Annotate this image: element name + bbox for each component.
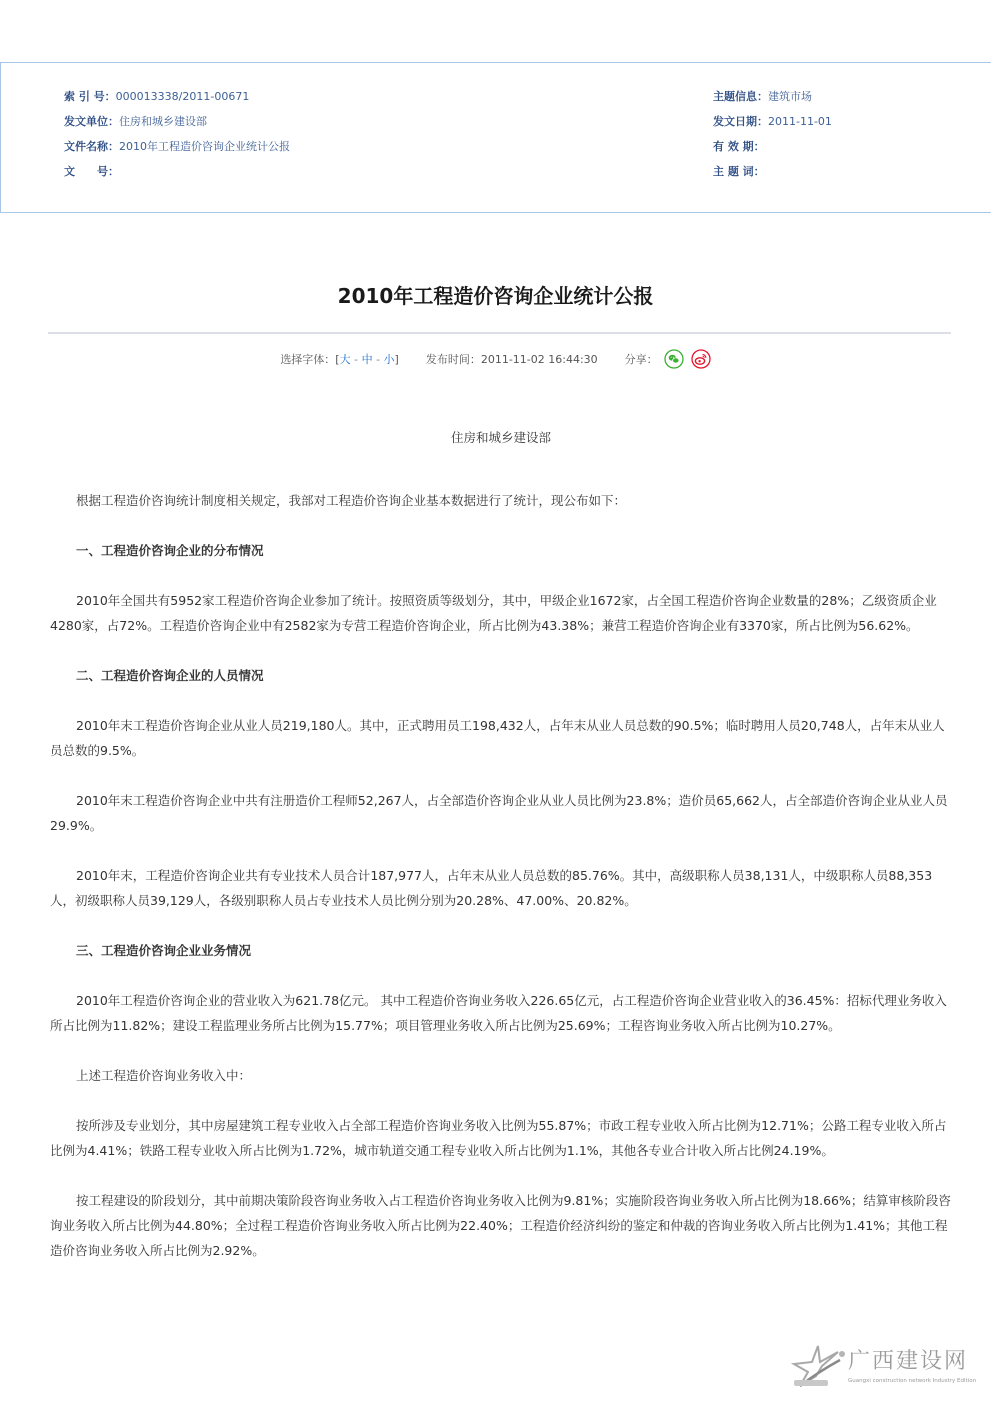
- font-size-close-bracket: ]: [395, 353, 399, 366]
- meta-index-number: 索 引 号：000013338/2011-00671: [64, 88, 290, 113]
- meta-validity: 有 效 期：: [713, 138, 832, 163]
- document-metadata-panel: 索 引 号：000013338/2011-00671 发文单位：住房和城乡建设部…: [0, 62, 991, 213]
- issuer-line: 住房和城乡建设部: [50, 425, 952, 450]
- body-paragraph: 2010年末工程造价咨询企业从业人员219,180人。其中，正式聘用员工198,…: [50, 713, 952, 763]
- font-size-large-link[interactable]: 大: [340, 353, 351, 366]
- body-paragraph: 2010年工程造价咨询企业的营业收入为621.78亿元。 其中工程造价咨询业务收…: [50, 988, 952, 1038]
- meta-issuing-unit: 发文单位：住房和城乡建设部: [64, 113, 290, 138]
- article-body: 住房和城乡建设部 根据工程造价咨询统计制度相关规定，我部对工程造价咨询企业基本数…: [50, 425, 952, 1288]
- publish-time-label: 发布时间：: [426, 353, 481, 366]
- meta-document-number: 文 号：: [64, 163, 290, 188]
- watermark-subtitle: Guangxi construction network Industry Ed…: [848, 1378, 976, 1384]
- font-separator: -: [373, 353, 384, 366]
- star-logo-icon: [782, 1342, 846, 1390]
- body-paragraph: 2010年末，工程造价咨询企业共有专业技术人员合计187,977人，占年末从业人…: [50, 863, 952, 913]
- body-paragraph: 按工程建设的阶段划分，其中前期决策阶段咨询业务收入占工程造价咨询业务收入比例为9…: [50, 1188, 952, 1263]
- meta-file-name: 文件名称：2010年工程造价咨询企业统计公报: [64, 138, 290, 163]
- font-size-medium-link[interactable]: 中: [362, 353, 373, 366]
- font-size-small-link[interactable]: 小: [384, 353, 395, 366]
- metadata-left-column: 索 引 号：000013338/2011-00671 发文单位：住房和城乡建设部…: [64, 88, 290, 188]
- article-info-bar: 选择字体：[大 - 中 - 小] 发布时间：2011-11-02 16:44:3…: [0, 348, 991, 372]
- body-paragraph: 2010年末工程造价咨询企业中共有注册造价工程师52,267人，占全部造价咨询企…: [50, 788, 952, 838]
- publish-time: 2011-11-02 16:44:30: [481, 353, 598, 366]
- watermark-title: 广西建设网: [848, 1344, 968, 1375]
- wechat-icon[interactable]: [664, 349, 684, 369]
- share-label: 分享：: [625, 353, 658, 366]
- section-heading-business: 三、工程造价咨询企业业务情况: [50, 938, 952, 963]
- section-heading-personnel: 二、工程造价咨询企业的人员情况: [50, 663, 952, 688]
- title-divider: [48, 332, 951, 334]
- body-paragraph: 2010年全国共有5952家工程造价咨询企业参加了统计。按照资质等级划分，其中，…: [50, 588, 952, 638]
- metadata-right-column: 主题信息：建筑市场 发文日期：2011-11-01 有 效 期： 主 题 词：: [713, 88, 832, 188]
- weibo-icon[interactable]: [691, 349, 711, 369]
- meta-topic: 主题信息：建筑市场: [713, 88, 832, 113]
- body-paragraph: 按所涉及专业划分，其中房屋建筑工程专业收入占全部工程造价咨询业务收入比例为55.…: [50, 1113, 952, 1163]
- font-size-label: 选择字体：[: [280, 353, 339, 366]
- section-heading-distribution: 一、工程造价咨询企业的分布情况: [50, 538, 952, 563]
- meta-keywords: 主 题 词：: [713, 163, 832, 188]
- intro-paragraph: 根据工程造价咨询统计制度相关规定，我部对工程造价咨询企业基本数据进行了统计，现公…: [50, 488, 952, 513]
- body-paragraph: 上述工程造价咨询业务收入中：: [50, 1063, 952, 1088]
- site-watermark: 广西建设网 Guangxi construction network Indus…: [782, 1342, 982, 1392]
- meta-issue-date: 发文日期：2011-11-01: [713, 113, 832, 138]
- article-title: 2010年工程造价咨询企业统计公报: [0, 280, 991, 309]
- font-separator: -: [351, 353, 362, 366]
